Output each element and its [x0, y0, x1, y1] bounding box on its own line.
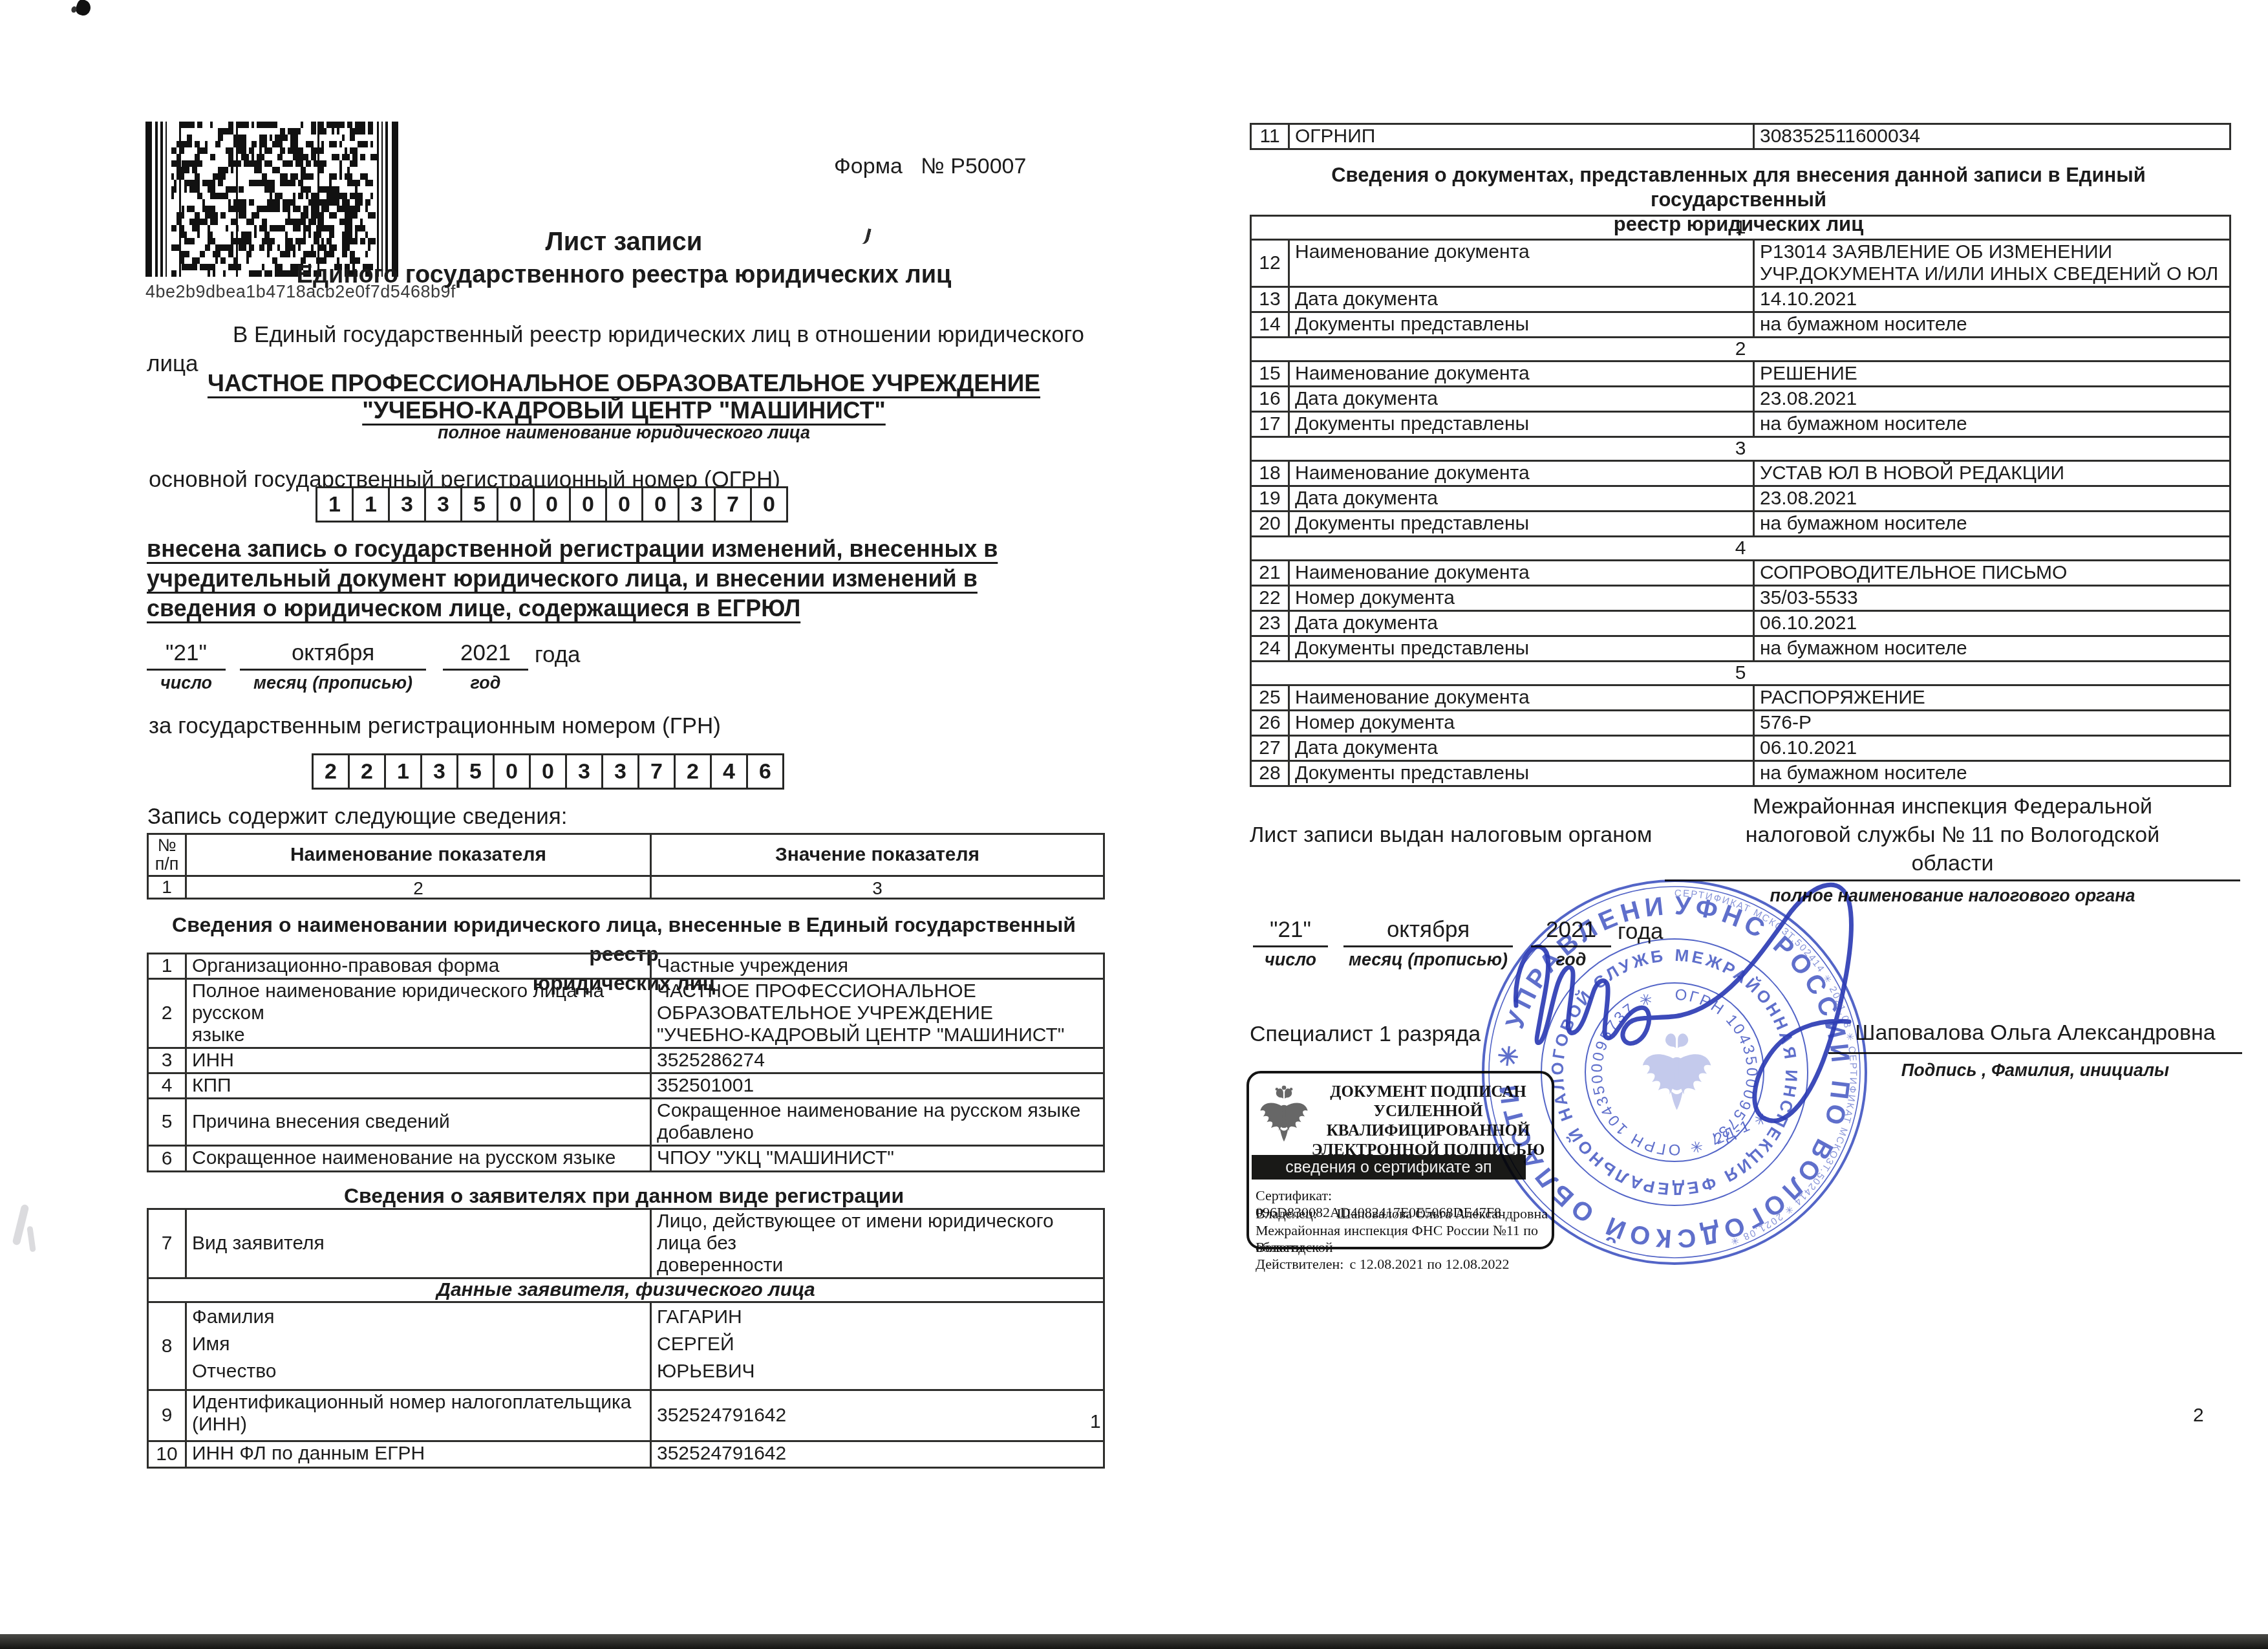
day-caption: число	[147, 673, 226, 693]
col-index: 1	[149, 877, 187, 898]
year-caption: год	[443, 673, 528, 693]
scanner-edge-bar	[0, 1634, 2268, 1649]
row-label: Причина внесения сведений	[187, 1099, 652, 1145]
form-code: № Р50007	[921, 154, 1026, 178]
ogrn-digit: 3	[388, 486, 426, 523]
row-number: 21	[1252, 561, 1290, 585]
row-label: Организационно-правовая форма	[187, 954, 652, 978]
row-label: Вид заявителя	[187, 1210, 652, 1277]
row-label: Документы представлены	[1290, 413, 1755, 436]
cert-serial-label: Сертификат:	[1256, 1187, 1333, 1204]
row-number: 17	[1252, 413, 1290, 436]
row-number: 16	[1252, 387, 1290, 411]
table-row: № п/п Наименование показателя Значение п…	[149, 835, 1103, 875]
cert-head-line1: ДОКУМЕНТ ПОДПИСАН	[1311, 1083, 1545, 1102]
row-value: 23.08.2021	[1755, 387, 2229, 411]
row-value: 308352511600034	[1755, 125, 2229, 148]
row-number: 15	[1252, 362, 1290, 385]
ogrn-digit: 1	[316, 486, 354, 523]
ogrn-digit: 7	[714, 486, 752, 523]
row-value: 3525286274	[652, 1049, 1103, 1072]
org-name-caption: полное наименование юридического лица	[147, 423, 1101, 443]
issued-by-label: Лист записи выдан налоговым органом	[1250, 823, 1652, 848]
grn-digit: 2	[674, 753, 712, 790]
documents-table: 112Наименование документаР13014 ЗАЯВЛЕНИ…	[1250, 215, 2231, 787]
row-label: ИНН	[187, 1049, 652, 1072]
form-number-label: Форма № Р50007	[834, 154, 1026, 179]
col-name-header: Наименование показателя	[187, 835, 652, 875]
table-row: 19Дата документа23.08.2021	[1252, 485, 2229, 510]
ogrn-digit: 0	[497, 486, 535, 523]
group-number: 4	[1252, 537, 2229, 559]
grn-digit: 3	[601, 753, 639, 790]
cert-valid-value: с 12.08.2021 по 12.08.2022	[1350, 1256, 1510, 1272]
group-number: 5	[1252, 662, 2229, 684]
grn-digit: 2	[312, 753, 350, 790]
table-row: 20Документы представленына бумажном носи…	[1252, 510, 2229, 535]
pencil-smudge	[12, 1203, 29, 1245]
record-date-year-suffix: года	[528, 642, 581, 671]
table-row: 23Дата документа06.10.2021	[1252, 610, 2229, 635]
ogrn-digit-boxes: 1 1 3 3 5 0 0 0 0 0 3 7 0	[316, 486, 788, 523]
table-group-row: 2	[1252, 336, 2229, 360]
record-contains-label: Запись содержит следующие сведения:	[147, 804, 567, 830]
col-index: 3	[652, 877, 1103, 898]
row-number: 19	[1252, 487, 1290, 510]
row-number: 3	[149, 1049, 187, 1072]
grn-digit: 3	[565, 753, 603, 790]
authority-line1: Межрайонная инспекция Федеральной	[1662, 794, 2243, 819]
authority-underline	[1665, 852, 2240, 881]
group-number: 1	[1252, 217, 2229, 239]
ink-blot	[74, 0, 92, 17]
authority-line2: налоговой службы № 11 по Вологодской	[1662, 823, 2243, 848]
table-row: 25Наименование документаРАСПОРЯЖЕНИЕ	[1252, 684, 2229, 709]
table-row: 4 КПП 352501001	[149, 1072, 1103, 1097]
specialist-name: Шаповалова Ольга Александровна	[1828, 1020, 2242, 1054]
row-value: на бумажном носителе	[1755, 512, 2229, 535]
issue-date-year-suffix: года	[1611, 919, 1664, 947]
row-number: 25	[1252, 686, 1290, 709]
table-group-row: 5	[1252, 660, 2229, 684]
table-row: 10 ИНН ФЛ по данным ЕГРН 352524791642	[149, 1440, 1103, 1467]
row-number: 24	[1252, 637, 1290, 660]
ogrn-digit: 3	[424, 486, 462, 523]
table-row: 6 Сокращенное наименование на русском яз…	[149, 1145, 1103, 1170]
row-number: 23	[1252, 612, 1290, 635]
row-label: Полное наименование юридического лица на…	[187, 980, 652, 1047]
record-date-year: 2021	[443, 640, 528, 671]
section2-title: Сведения о заявителях при данном виде ре…	[147, 1184, 1101, 1208]
grn-digit-boxes: 2 2 1 3 5 0 0 3 3 7 2 4 6	[312, 753, 784, 790]
cert-valid-label: Действителен:	[1256, 1256, 1346, 1273]
row-number: 22	[1252, 587, 1290, 610]
pencil-smudge	[27, 1226, 36, 1253]
row-value: 14.10.2021	[1755, 288, 2229, 311]
applicant-table: 7 Вид заявителя Лицо, действующее от име…	[147, 1208, 1105, 1469]
grn-digit: 4	[710, 753, 748, 790]
row-number: 12	[1252, 241, 1290, 286]
authority-caption: полное наименование налогового органа	[1665, 886, 2240, 906]
applicant-subheader: Данные заявителя, физического лица	[149, 1279, 1103, 1301]
group-number: 3	[1252, 438, 2229, 460]
table-group-row: 3	[1252, 436, 2229, 460]
ogrn-digit: 0	[605, 486, 643, 523]
row-number: 6	[149, 1147, 187, 1170]
row-label: Сокращенное наименование на русском язык…	[187, 1147, 652, 1170]
grn-digit: 1	[384, 753, 422, 790]
row-label: Наименование документа	[1290, 561, 1755, 585]
statement-line1: внесена запись о государственной регистр…	[147, 535, 998, 563]
row-value: на бумажном носителе	[1755, 313, 2229, 336]
row-label: Документы представлены	[1290, 637, 1755, 660]
row-label: Наименование документа	[1290, 686, 1755, 709]
grn-digit: 5	[456, 753, 495, 790]
cert-owner-value: Шаповалова Ольга Александровна	[1337, 1205, 1548, 1222]
stamp-ring-inner-text: ОГРН 1043500095737 ✳ ОГРН 1043500095737 …	[1589, 986, 1760, 1159]
table-row: 21Наименование документаСОПРОВОДИТЕЛЬНОЕ…	[1252, 559, 2229, 585]
row-value: 352524791642	[652, 1391, 1103, 1440]
org-name-line2: "УЧЕБНО-КАДРОВЫЙ ЦЕНТР "МАШИНИСТ"	[147, 397, 1101, 424]
row-value: РЕШЕНИЕ	[1755, 362, 2229, 385]
row-number: 26	[1252, 711, 1290, 735]
cert-owner-label: Владелец:	[1256, 1205, 1333, 1222]
row-value: ЧАСТНОЕ ПРОФЕССИОНАЛЬНОЕ ОБРАЗОВАТЕЛЬНОЕ…	[652, 980, 1103, 1047]
row-label: ОГРНИП	[1290, 125, 1755, 148]
cert-org-line2: области	[1256, 1239, 1548, 1256]
stamp-code-text: 2Д-1 ✳	[1711, 1108, 1771, 1148]
col-value-header: Значение показателя	[652, 835, 1103, 875]
grn-digit: 6	[746, 753, 784, 790]
table-row: 5 Причина внесения сведений Сокращенное …	[149, 1097, 1103, 1145]
row-number: 27	[1252, 737, 1290, 760]
row-label: Дата документа	[1290, 387, 1755, 411]
row-label: Идентификационный номер налогоплательщик…	[187, 1391, 652, 1440]
page-title-line1: Лист записи	[147, 228, 1101, 257]
grn-digit: 7	[637, 753, 676, 790]
cert-valid-row: Действителен: с 12.08.2021 по 12.08.2022	[1256, 1256, 1548, 1273]
org-name-line1: ЧАСТНОЕ ПРОФЕССИОНАЛЬНОЕ ОБРАЗОВАТЕЛЬНОЕ…	[147, 370, 1101, 397]
table-row: 15Наименование документаРЕШЕНИЕ	[1252, 360, 2229, 385]
row-label: Наименование документа	[1290, 241, 1755, 286]
form-word: Форма	[834, 154, 903, 178]
grn-digit: 3	[420, 753, 458, 790]
issue-date-day: "21"	[1253, 917, 1328, 947]
row-label: Дата документа	[1290, 487, 1755, 510]
row-label: Документы представлены	[1290, 313, 1755, 336]
row-number: 5	[149, 1099, 187, 1145]
col-num-header: № п/п	[149, 835, 187, 875]
ogrn-digit: 1	[352, 486, 390, 523]
ogrn-digit: 0	[750, 486, 788, 523]
intro-line1: В Единый государственный реестр юридичес…	[233, 322, 1084, 348]
row-value: СОПРОВОДИТЕЛЬНОЕ ПИСЬМО	[1755, 561, 2229, 585]
table-row: 12Наименование документаР13014 ЗАЯВЛЕНИЕ…	[1252, 239, 2229, 286]
table-row: 1 2 3	[149, 875, 1103, 898]
table-row: 22Номер документа35/03-5533	[1252, 585, 2229, 610]
row-value: ЧПОУ "УКЦ "МАШИНИСТ"	[652, 1147, 1103, 1170]
record-date-month: октября	[240, 640, 426, 671]
row-number: 14	[1252, 313, 1290, 336]
cert-head-line2: УСИЛЕННОЙ КВАЛИФИЦИРОВАННОЙ	[1311, 1102, 1545, 1141]
statement-line2: учредительный документ юридического лица…	[147, 565, 978, 592]
page1-number: 1	[1090, 1411, 1101, 1433]
row-number: 9	[149, 1391, 187, 1440]
row-value: на бумажном носителе	[1755, 637, 2229, 660]
row-value: Частные учреждения	[652, 954, 1103, 978]
record-header-table: № п/п Наименование показателя Значение п…	[147, 833, 1105, 900]
ogrn-digit: 3	[678, 486, 716, 523]
table-row: 18Наименование документаУСТАВ ЮЛ В НОВОЙ…	[1252, 460, 2229, 485]
table-group-row: 4	[1252, 535, 2229, 559]
row-label: Номер документа	[1290, 587, 1755, 610]
row-value: 35/03-5533	[1755, 587, 2229, 610]
month-caption: месяц (прописью)	[1343, 950, 1513, 970]
row-label: Дата документа	[1290, 612, 1755, 635]
table-row: 3 ИНН 3525286274	[149, 1047, 1103, 1072]
grn-digit: 2	[348, 753, 386, 790]
row-label: Фамилия Имя Отчество	[187, 1303, 652, 1389]
row-value: 06.10.2021	[1755, 612, 2229, 635]
row-number: 20	[1252, 512, 1290, 535]
specialist-label: Специалист 1 разряда	[1250, 1022, 1481, 1047]
row-value: 352501001	[652, 1074, 1103, 1097]
row-label: Наименование документа	[1290, 362, 1755, 385]
row-value: на бумажном носителе	[1755, 413, 2229, 436]
ogrn-digit: 0	[533, 486, 571, 523]
row-value: 23.08.2021	[1755, 487, 2229, 510]
row-number: 1	[149, 954, 187, 978]
record-date-day: "21"	[147, 640, 226, 671]
row-number: 7	[149, 1210, 187, 1277]
table-row: 11 ОГРНИП 308352511600034	[1252, 125, 2229, 148]
table-row: 26Номер документа576-Р	[1252, 709, 2229, 735]
row-number: 18	[1252, 462, 1290, 485]
row-label: Номер документа	[1290, 711, 1755, 735]
table-row: 16Дата документа23.08.2021	[1252, 385, 2229, 411]
row-number: 13	[1252, 288, 1290, 311]
table-row: 2 Полное наименование юридического лица …	[149, 978, 1103, 1047]
row-label: Документы представлены	[1290, 762, 1755, 785]
page-title-line2: Единого государственного реестра юридиче…	[147, 261, 1101, 289]
svg-text:ОГРН 1043500095737 ✳ ОГРН 10: ОГРН 1043500095737 ✳ ОГРН 1043500095737 …	[1589, 986, 1760, 1159]
row-label: Документы представлены	[1290, 512, 1755, 535]
ogrn-digit: 0	[641, 486, 679, 523]
col-index: 2	[187, 877, 652, 898]
issue-date-month: октября	[1343, 917, 1513, 947]
table-row: 17Документы представленына бумажном носи…	[1252, 411, 2229, 436]
record-date-block: "21" октября 2021 года число месяц (проп…	[147, 640, 581, 693]
digital-signature-certificate-box: ДОКУМЕНТ ПОДПИСАН УСИЛЕННОЙ КВАЛИФИЦИРОВ…	[1246, 1071, 1554, 1249]
table-row: 14Документы представленына бумажном носи…	[1252, 311, 2229, 336]
grn-digit: 0	[493, 753, 531, 790]
statement-line3: сведения о юридическом лице, содержащиес…	[147, 595, 800, 622]
table-row: 28Документы представленына бумажном носи…	[1252, 760, 2229, 785]
row-value: ГАГАРИН СЕРГЕЙ ЮРЬЕВИЧ	[652, 1303, 1103, 1389]
row-label: Наименование документа	[1290, 462, 1755, 485]
row-label: Дата документа	[1290, 737, 1755, 760]
ogrn-digit: 5	[460, 486, 498, 523]
table-row: 1 Организационно-правовая форма Частные …	[149, 954, 1103, 978]
signature-caption: Подпись , Фамилия, инициалы	[1828, 1061, 2242, 1081]
table-row: Данные заявителя, физического лица	[149, 1277, 1103, 1301]
day-caption: число	[1253, 950, 1328, 970]
table-row: 13Дата документа14.10.2021	[1252, 286, 2229, 311]
row-number: 2	[149, 980, 187, 1047]
group-number: 2	[1252, 338, 2229, 360]
row-value: Сокращенное наименование на русском язык…	[652, 1099, 1103, 1145]
row-value: на бумажном носителе	[1755, 762, 2229, 785]
issue-date-block: "21" октября 2021 года число месяц (проп…	[1253, 917, 1664, 970]
row-number: 8	[149, 1303, 187, 1389]
page2-number: 2	[2193, 1405, 2204, 1427]
row-value: РАСПОРЯЖЕНИЕ	[1755, 686, 2229, 709]
cert-info-bar: сведения о сертификате эп	[1252, 1155, 1526, 1180]
table-row: 27Дата документа06.10.2021	[1252, 735, 2229, 760]
row-value: Р13014 ЗАЯВЛЕНИЕ ОБ ИЗМЕНЕНИИ УЧР.ДОКУМЕ…	[1755, 241, 2229, 286]
table-row: 7 Вид заявителя Лицо, действующее от име…	[149, 1210, 1103, 1277]
issue-date-year: 2021	[1531, 917, 1611, 947]
row-label: ИНН ФЛ по данным ЕГРН	[187, 1442, 652, 1467]
row-value: 06.10.2021	[1755, 737, 2229, 760]
table-group-row: 1	[1252, 217, 2229, 239]
row-value: Лицо, действующее от имени юридического …	[652, 1210, 1103, 1277]
row-value: 576-Р	[1755, 711, 2229, 735]
grn-label: за государственным регистрационным номер…	[149, 713, 721, 739]
org-info-table: 1 Организационно-правовая форма Частные …	[147, 953, 1105, 1172]
row-number: 11	[1252, 125, 1290, 148]
month-caption: месяц (прописью)	[240, 673, 426, 693]
row-number: 4	[149, 1074, 187, 1097]
row-value: УСТАВ ЮЛ В НОВОЙ РЕДАКЦИИ	[1755, 462, 2229, 485]
grn-digit: 0	[529, 753, 567, 790]
coat-of-arms-icon	[1258, 1084, 1310, 1143]
year-caption: год	[1531, 950, 1611, 970]
ogrnip-table: 11 ОГРНИП 308352511600034	[1250, 123, 2231, 150]
table-row: 8 Фамилия Имя Отчество ГАГАРИН СЕРГЕЙ ЮР…	[149, 1301, 1103, 1389]
ogrn-digit: 0	[569, 486, 607, 523]
table-row: 24Документы представленына бумажном носи…	[1252, 635, 2229, 660]
row-number: 10	[149, 1442, 187, 1467]
row-number: 28	[1252, 762, 1290, 785]
row-value: 352524791642	[652, 1442, 1103, 1467]
stamp-center-eagle	[1643, 1033, 1711, 1110]
row-label: КПП	[187, 1074, 652, 1097]
cert-owner-row: Владелец: Шаповалова Ольга Александровна	[1256, 1205, 1548, 1222]
table-row: 9 Идентификационный номер налогоплательщ…	[149, 1389, 1103, 1440]
row-label: Дата документа	[1290, 288, 1755, 311]
